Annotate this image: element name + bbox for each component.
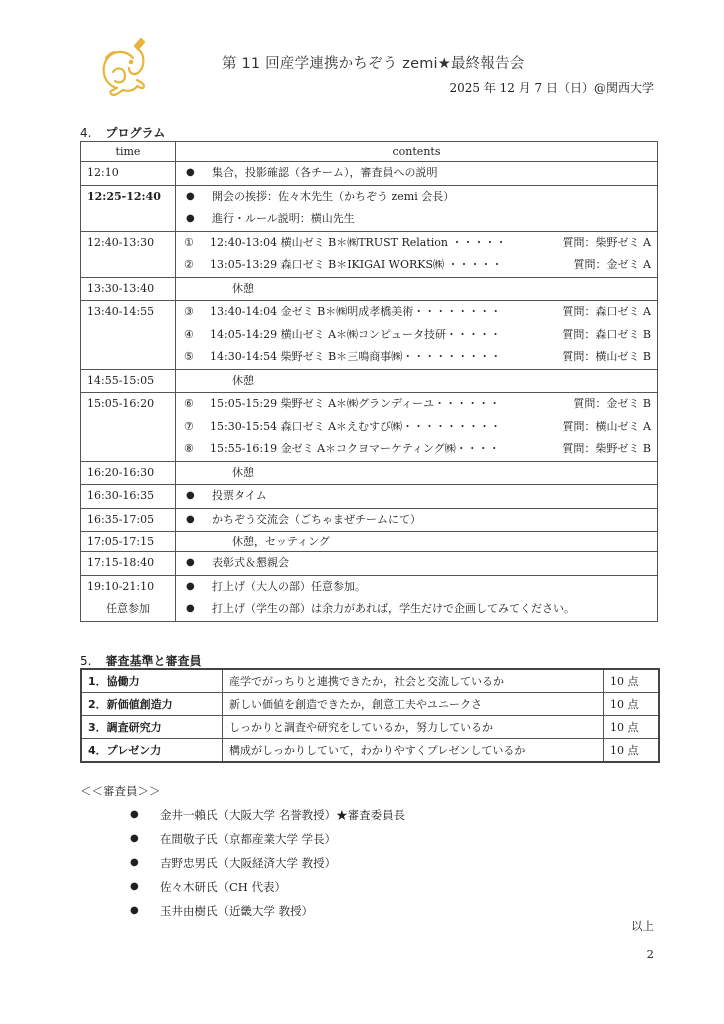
contents-cell: ●開会の挨拶：佐々木先生（かちぞう zemi 会長） ●進行・ルール説明：横山先… (176, 185, 658, 231)
table-row: 13:40-14:55 ③13:40-14:04 金ゼミ B＊㈱明成孝橋美術・・… (81, 301, 658, 370)
table-row: 16:20-16:30 休憩 (81, 461, 658, 485)
page-number: 2 (647, 947, 654, 961)
table-row: 12:10 ●集合，投影確認（各チーム），審査員への説明 (81, 162, 658, 186)
table-row: 16:30-16:35 ●投票タイム (81, 485, 658, 509)
column-header-time: time (81, 142, 176, 162)
elephant-logo-icon (97, 36, 155, 98)
table-row: 4．プレゼン力 構成がしっかりしていて，わかりやすくプレゼンしているか 10 点 (81, 739, 659, 763)
time-text: 19:10-21:10 (87, 576, 169, 598)
criterion-name: 2．新価値創造力 (81, 693, 223, 716)
time-cell: 13:30-13:40 (81, 277, 176, 301)
circled-number-icon: ⑦ (182, 416, 210, 439)
table-header-row: time contents (81, 142, 658, 162)
time-cell: 19:10-21:10 任意参加 (81, 575, 176, 621)
time-cell: 12:10 (81, 162, 176, 186)
table-row: 12:25-12:40 ●開会の挨拶：佐々木先生（かちぞう zemi 会長） ●… (81, 185, 658, 231)
criterion-name: 4．プレゼン力 (81, 739, 223, 763)
bullet-icon: ● (182, 162, 212, 185)
item-text: 集合，投影確認（各チーム），審査員への説明 (212, 162, 438, 185)
question-assignment: 質問：横山ゼミ B (562, 346, 651, 369)
time-cell: 15:05-16:20 (81, 393, 176, 462)
bullet-icon: ● (130, 830, 160, 854)
section-title: 審査基準と審査員 (105, 654, 201, 668)
column-header-contents: contents (176, 142, 658, 162)
bullet-icon: ● (182, 598, 212, 621)
item-text: 打上げ（学生の部）は余力があれば，学生だけで企画してみてください。 (212, 598, 575, 621)
table-row: 2．新価値創造力 新しい価値を創造できたか，創意工夫やユニークさ 10 点 (81, 693, 659, 716)
judge-name: 在間敬子氏（京都産業大学 学長） (160, 830, 336, 854)
bullet-icon: ● (130, 878, 160, 902)
list-item: ●玉井由樹氏（近畿大学 教授） (130, 902, 405, 926)
criterion-description: 産学でがっちりと連携できたか，社会と交流しているか (223, 669, 604, 693)
time-cell: 16:20-16:30 (81, 461, 176, 485)
criterion-points: 10 点 (604, 716, 660, 739)
presentation-text: 15:05-15:29 柴野ゼミ A＊㈱グランディーユ・・・・・・ (210, 393, 500, 416)
bullet-icon: ● (130, 902, 160, 926)
time-cell: 16:30-16:35 (81, 485, 176, 509)
criteria-table: 1．協働力 産学でがっちりと連携できたか，社会と交流しているか 10 点 2．新… (80, 668, 660, 763)
contents-cell: 休憩 (176, 277, 658, 301)
event-date: 2025 年 12 月 7 日（日）@関西大学 (449, 79, 654, 96)
question-assignment: 質問：横山ゼミ A (563, 416, 651, 439)
list-item: ●佐々木研氏（CH 代表） (130, 878, 405, 902)
table-row: 17:05-17:15 休憩，セッティング (81, 532, 658, 552)
time-cell: 14:55-15:05 (81, 369, 176, 393)
item-text: 表彰式＆懇親会 (212, 552, 289, 575)
contents-cell: 休憩 (176, 369, 658, 393)
circled-number-icon: ② (182, 254, 210, 277)
criterion-name: 3．調査研究力 (81, 716, 223, 739)
table-row: 13:30-13:40 休憩 (81, 277, 658, 301)
contents-cell: ③13:40-14:04 金ゼミ B＊㈱明成孝橋美術・・・・・・・・質問：森口ゼ… (176, 301, 658, 370)
bullet-icon: ● (182, 576, 212, 599)
criterion-description: 構成がしっかりしていて，わかりやすくプレゼンしているか (223, 739, 604, 763)
time-cell: 16:35-17:05 (81, 508, 176, 532)
judge-name: 玉井由樹氏（近畿大学 教授） (160, 902, 313, 926)
table-row: 15:05-16:20 ⑥15:05-15:29 柴野ゼミ A＊㈱グランディーユ… (81, 393, 658, 462)
question-assignment: 質問：森口ゼミ A (563, 301, 651, 324)
break-text: 休憩 (182, 278, 651, 301)
bullet-icon: ● (182, 186, 212, 209)
question-assignment: 質問：金ゼミ B (573, 393, 651, 416)
section-number: 4. (80, 126, 91, 140)
presentation-text: 15:30-15:54 森口ゼミ A＊えむすび㈱・・・・・・・・・ (210, 416, 501, 439)
list-item: ●在間敬子氏（京都産業大学 学長） (130, 830, 405, 854)
judges-list: ●金井一賴氏（大阪大学 名誉教授）★審査委員長 ●在間敬子氏（京都産業大学 学長… (130, 806, 405, 926)
contents-cell: ⑥15:05-15:29 柴野ゼミ A＊㈱グランディーユ・・・・・・質問：金ゼミ… (176, 393, 658, 462)
list-item: ●金井一賴氏（大阪大学 名誉教授）★審査委員長 (130, 806, 405, 830)
judge-name: 金井一賴氏（大阪大学 名誉教授）★審査委員長 (160, 806, 405, 830)
contents-cell: ●打上げ（大人の部）任意参加。 ●打上げ（学生の部）は余力があれば，学生だけで企… (176, 575, 658, 621)
question-assignment: 質問：柴野ゼミ B (562, 438, 651, 461)
question-assignment: 質問：柴野ゼミ A (563, 232, 651, 255)
item-text: かちぞう交流会（ごちゃまぜチームにて） (212, 509, 421, 532)
contents-cell: ①12:40-13:04 横山ゼミ B＊㈱TRUST Relation ・・・・… (176, 231, 658, 277)
criterion-points: 10 点 (604, 693, 660, 716)
section-title: プログラム (105, 126, 165, 140)
list-item: ●吉野忠男氏（大阪経済大学 教授） (130, 854, 405, 878)
question-assignment: 質問：金ゼミ A (574, 254, 651, 277)
presentation-text: 15:55-16:19 金ゼミ A＊コクヨマーケティング㈱・・・・ (210, 438, 500, 461)
circled-number-icon: ③ (182, 301, 210, 324)
bullet-icon: ● (182, 485, 212, 508)
table-row: 16:35-17:05 ●かちぞう交流会（ごちゃまぜチームにて） (81, 508, 658, 532)
table-row: 14:55-15:05 休憩 (81, 369, 658, 393)
contents-cell: ●集合，投影確認（各チーム），審査員への説明 (176, 162, 658, 186)
time-cell: 17:05-17:15 (81, 532, 176, 552)
time-cell: 12:40-13:30 (81, 231, 176, 277)
circled-number-icon: ④ (182, 324, 210, 347)
presentation-text: 13:05-13:29 森口ゼミ B＊IKIGAI WORKS㈱ ・・・・・ (210, 254, 503, 277)
presentation-text: 12:40-13:04 横山ゼミ B＊㈱TRUST Relation ・・・・・ (210, 232, 506, 255)
question-assignment: 質問：森口ゼミ B (562, 324, 651, 347)
contents-cell: ●表彰式＆懇親会 (176, 552, 658, 576)
circled-number-icon: ⑤ (182, 346, 210, 369)
table-row: 12:40-13:30 ①12:40-13:04 横山ゼミ B＊㈱TRUST R… (81, 231, 658, 277)
time-cell: 12:25-12:40 (81, 185, 176, 231)
bullet-icon: ● (130, 806, 160, 830)
judge-name: 佐々木研氏（CH 代表） (160, 878, 286, 902)
circled-number-icon: ⑧ (182, 438, 210, 461)
presentation-text: 13:40-14:04 金ゼミ B＊㈱明成孝橋美術・・・・・・・・ (210, 301, 501, 324)
break-text: 休憩，セッティング (182, 532, 651, 551)
contents-cell: ●かちぞう交流会（ごちゃまぜチームにて） (176, 508, 658, 532)
table-row: 17:15-18:40 ●表彰式＆懇親会 (81, 552, 658, 576)
circled-number-icon: ① (182, 232, 210, 255)
bullet-icon: ● (182, 208, 212, 231)
section-program-heading: 4.プログラム (80, 124, 165, 141)
section-criteria-heading: 5.審査基準と審査員 (80, 652, 201, 669)
break-text: 休憩 (182, 370, 651, 393)
break-text: 休憩 (182, 462, 651, 485)
presentation-text: 14:05-14:29 横山ゼミ A＊㈱コンピュータ技研・・・・・ (210, 324, 501, 347)
criterion-points: 10 点 (604, 669, 660, 693)
circled-number-icon: ⑥ (182, 393, 210, 416)
closing-text: 以上 (631, 918, 654, 934)
optional-label: 任意参加 (87, 598, 169, 620)
bullet-icon: ● (130, 854, 160, 878)
contents-cell: 休憩 (176, 461, 658, 485)
criterion-points: 10 点 (604, 739, 660, 763)
bullet-icon: ● (182, 509, 212, 532)
criterion-name: 1．協働力 (81, 669, 223, 693)
item-text: 進行・ルール説明：横山先生 (212, 208, 355, 231)
table-row: 3．調査研究力 しっかりと調査や研究をしているか，努力しているか 10 点 (81, 716, 659, 739)
item-text: 開会の挨拶：佐々木先生（かちぞう zemi 会長） (212, 186, 454, 209)
judges-heading: ＜＜審査員＞＞ (80, 783, 161, 799)
table-row: 19:10-21:10 任意参加 ●打上げ（大人の部）任意参加。 ●打上げ（学生… (81, 575, 658, 621)
presentation-text: 14:30-14:54 柴野ゼミ B＊三鳴商事㈱・・・・・・・・・ (210, 346, 501, 369)
criterion-description: 新しい価値を創造できたか，創意工夫やユニークさ (223, 693, 604, 716)
time-cell: 13:40-14:55 (81, 301, 176, 370)
criterion-description: しっかりと調査や研究をしているか，努力しているか (223, 716, 604, 739)
table-row: 1．協働力 産学でがっちりと連携できたか，社会と交流しているか 10 点 (81, 669, 659, 693)
document-title: 第 11 回産学連携かちぞう zemi★最終報告会 (222, 52, 524, 73)
section-number: 5. (80, 654, 91, 668)
bullet-icon: ● (182, 552, 212, 575)
item-text: 打上げ（大人の部）任意参加。 (212, 576, 366, 599)
time-cell: 17:15-18:40 (81, 552, 176, 576)
program-table: time contents 12:10 ●集合，投影確認（各チーム），審査員への… (80, 141, 658, 622)
contents-cell: ●投票タイム (176, 485, 658, 509)
judge-name: 吉野忠男氏（大阪経済大学 教授） (160, 854, 336, 878)
item-text: 投票タイム (212, 485, 267, 508)
contents-cell: 休憩，セッティング (176, 532, 658, 552)
